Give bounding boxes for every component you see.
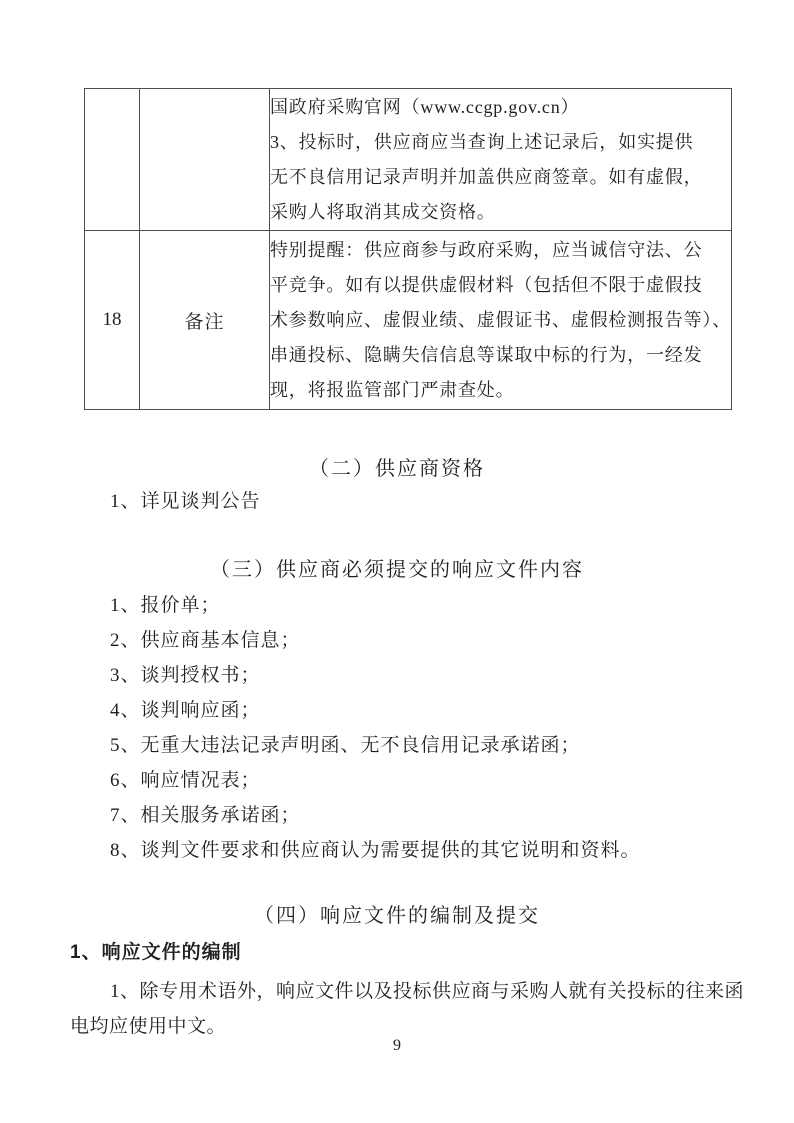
cell-text-line: 现，将报监管部门严肃查处。: [270, 373, 731, 408]
list-item: 7、相关服务承诺函；: [110, 798, 641, 833]
response-documents-list: 1、报价单； 2、供应商基本信息； 3、谈判授权书； 4、谈判响应函； 5、无重…: [110, 588, 641, 868]
subsection-heading-document-preparation: 1、响应文件的编制: [70, 937, 242, 964]
cell-text-line: 术参数响应、虚假业绩、虚假证书、虚假检测报告等）、: [270, 303, 731, 338]
list-item: 5、无重大违法记录声明函、无不良信用记录承诺函；: [110, 728, 641, 763]
section-heading-response-documents: （三）供应商必须提交的响应文件内容: [0, 553, 794, 582]
cell-text-line: 国政府采购官网（www.ccgp.gov.cn）: [270, 90, 731, 125]
row-content-cell: 特别提醒：供应商参与政府采购，应当诚信守法、公 平竞争。如有以提供虚假材料（包括…: [270, 231, 732, 410]
table-row: 国政府采购官网（www.ccgp.gov.cn） 3、投标时，供应商应当查询上述…: [85, 89, 732, 231]
list-item: 4、谈判响应函；: [110, 693, 641, 728]
row-label-cell: [140, 89, 270, 231]
list-item: 6、响应情况表；: [110, 763, 641, 798]
row-content-cell: 国政府采购官网（www.ccgp.gov.cn） 3、投标时，供应商应当查询上述…: [270, 89, 732, 231]
body-paragraph: 1、除专用术语外，响应文件以及投标供应商与采购人就有关投标的往来函 电均应使用中…: [70, 974, 740, 1044]
list-item: 8、谈判文件要求和供应商认为需要提供的其它说明和资料。: [110, 833, 641, 868]
cell-text-line: 采购人将取消其成交资格。: [270, 195, 731, 230]
continuation-table: 国政府采购官网（www.ccgp.gov.cn） 3、投标时，供应商应当查询上述…: [84, 88, 732, 410]
cell-text-line: 串通投标、隐瞒失信信息等谋取中标的行为，一经发: [270, 338, 731, 373]
cell-text-line: 3、投标时，供应商应当查询上述记录后，如实提供: [270, 125, 731, 160]
cell-text-line: 无不良信用记录声明并加盖供应商签章。如有虚假，: [270, 160, 731, 195]
list-item: 2、供应商基本信息；: [110, 623, 641, 658]
table-row: 18 备注 特别提醒：供应商参与政府采购，应当诚信守法、公 平竞争。如有以提供虚…: [85, 231, 732, 410]
row-label-cell: 备注: [140, 231, 270, 410]
cell-text-line: 特别提醒：供应商参与政府采购，应当诚信守法、公: [270, 233, 731, 268]
list-item: 1、报价单；: [110, 588, 641, 623]
cell-text-line: 平竞争。如有以提供虚假材料（包括但不限于虚假技: [270, 268, 731, 303]
page-number: 9: [0, 1037, 794, 1055]
qualification-list-item: 1、详见谈判公告: [110, 486, 261, 513]
list-item: 3、谈判授权书；: [110, 658, 641, 693]
section-heading-preparation-submission: （四）响应文件的编制及提交: [0, 899, 794, 928]
row-number-cell: 18: [85, 231, 140, 410]
section-heading-supplier-qualification: （二）供应商资格: [0, 452, 794, 481]
paragraph-line: 1、除专用术语外，响应文件以及投标供应商与采购人就有关投标的往来函: [70, 974, 740, 1009]
row-number-cell: [85, 89, 140, 231]
